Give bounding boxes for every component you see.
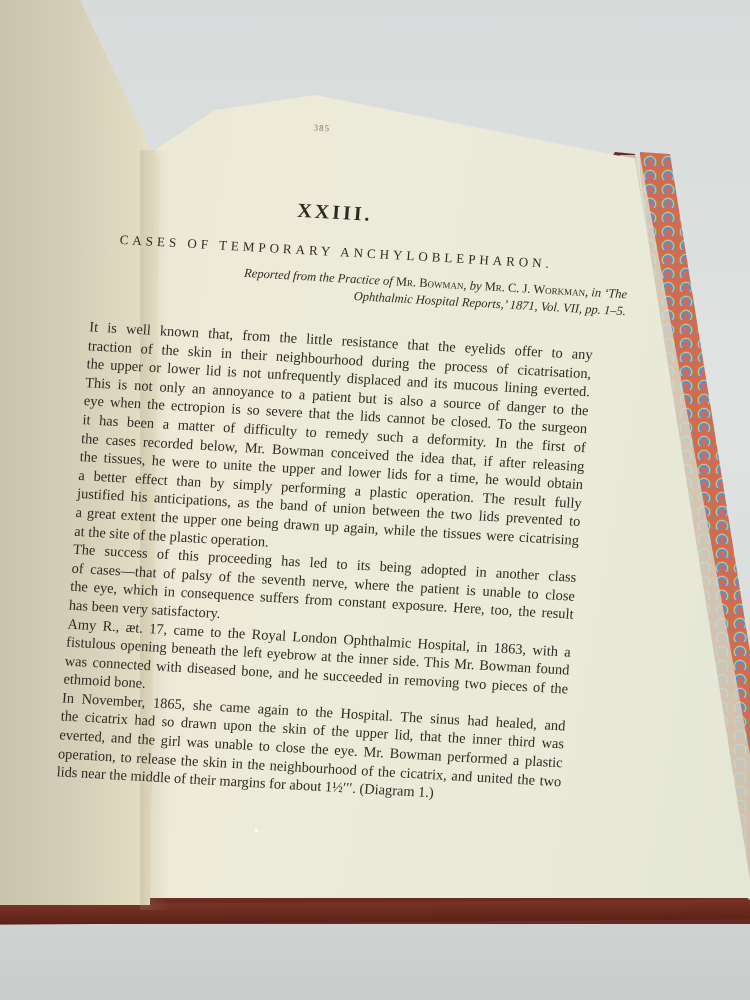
chapter-number: XXIII. <box>297 200 374 227</box>
book-photo-scene: 385 XXIII. Cases of Temporary Anchyloble… <box>0 0 750 1000</box>
page-number: 385 <box>313 123 330 134</box>
light-glare-dot <box>255 829 258 832</box>
paragraph-1: It is well known that, from the little r… <box>58 317 594 569</box>
body-text: It is well known that, from the little r… <box>40 317 593 810</box>
